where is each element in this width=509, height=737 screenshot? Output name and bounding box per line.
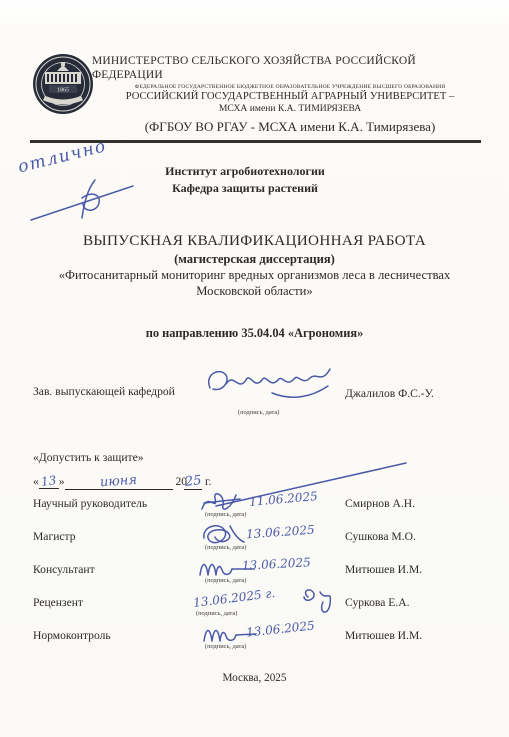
signer-role: Научный руководитель: [33, 497, 147, 510]
admission-date-line: «13»июня 2025 г.: [33, 474, 211, 490]
work-title: ВЫПУСКНАЯ КВАЛИФИКАЦИОННАЯ РАБОТА: [0, 231, 509, 251]
ministry-line2: ФЕДЕРАЦИИ: [92, 69, 488, 83]
program-line: по направлению 35.04.04 «Агрономия»: [0, 326, 509, 341]
handwritten-day: 13: [40, 473, 57, 489]
ministry-line1: МИНИСТЕРСТВО СЕЛЬСКОГО ХОЗЯЙСТВА РОССИЙС…: [92, 55, 488, 69]
signer-date: 13.06.2025: [242, 555, 311, 573]
signer-date: 13.06.2025 г.: [192, 586, 275, 610]
university-abbrev: (ФГБОУ ВО РГАУ - МСХА имени К.А. Тимиряз…: [92, 119, 488, 134]
signature-caption: (подпись, дата): [205, 643, 246, 650]
signer-name: Сушкова М.О.: [345, 530, 416, 543]
fgbou-line: ФЕДЕРАЛЬНОЕ ГОСУДАРСТВЕННОЕ БЮДЖЕТНОЕ ОБ…: [92, 84, 488, 91]
signature-caption: (подпись, дата): [196, 610, 237, 617]
institute-name: Институт агробиотехнологии: [0, 163, 490, 180]
head-signature: [200, 362, 340, 410]
emblem-year: 1865: [57, 88, 69, 94]
city-year: Москва, 2025: [0, 672, 509, 684]
document-header: МИНИСТЕРСТВО СЕЛЬСКОГО ХОЗЯЙСТВА РОССИЙС…: [92, 55, 488, 134]
signer-role: Нормоконтроль: [33, 629, 111, 642]
signer-date: 13.06.2025: [246, 523, 316, 542]
head-role: Зав. выпускающей кафедрой: [33, 385, 175, 398]
university-emblem-icon: 1865: [32, 53, 94, 115]
signer-role: Рецензент: [33, 596, 83, 609]
topic-line2: Московской области»: [0, 283, 509, 299]
master-signature: [194, 519, 246, 547]
reviewer-signature: [296, 586, 338, 620]
signer-role: Консультант: [33, 563, 95, 576]
work-subtitle: (магистерская диссертация): [0, 251, 509, 267]
admit-text: «Допустить к защите»: [33, 451, 144, 464]
institute-block: Институт агробиотехнологии Кафедра защит…: [0, 163, 490, 198]
signer-name: Смирнов А.Н.: [345, 497, 415, 510]
signer-name: Суркова Е.А.: [345, 596, 410, 609]
signature-caption: (подпись, дата): [205, 577, 246, 584]
signer-name: Митюшев И.М.: [345, 563, 422, 576]
head-name: Джалилов Ф.С.-У.: [345, 387, 434, 400]
signer-name: Митюшев И.М.: [345, 629, 422, 642]
handwritten-month: июня: [100, 473, 138, 491]
supervisor-signature: [194, 487, 250, 513]
topic-line1: «Фитосанитарный мониторинг вредных орган…: [0, 267, 509, 283]
department-name: Кафедра защиты растений: [0, 180, 490, 197]
head-signature-caption: (подпись, дата): [238, 409, 279, 416]
title-block: ВЫПУСКНАЯ КВАЛИФИКАЦИОННАЯ РАБОТА (магис…: [0, 231, 509, 300]
signer-role: Магистр: [33, 530, 76, 543]
signature-caption: (подпись, дата): [205, 511, 246, 518]
thesis-title-page: 1865 МИНИСТЕРСТВО СЕЛЬСКОГО ХОЗЯЙСТВА РО…: [0, 0, 509, 737]
signature-caption: (подпись, дата): [205, 544, 246, 551]
university-line2: МСХА имени К.А. ТИМИРЯЗЕВА: [92, 103, 488, 114]
university-line1: РОССИЙСКИЙ ГОСУДАРСТВЕННЫЙ АГРАРНЫЙ УНИВ…: [92, 91, 488, 104]
